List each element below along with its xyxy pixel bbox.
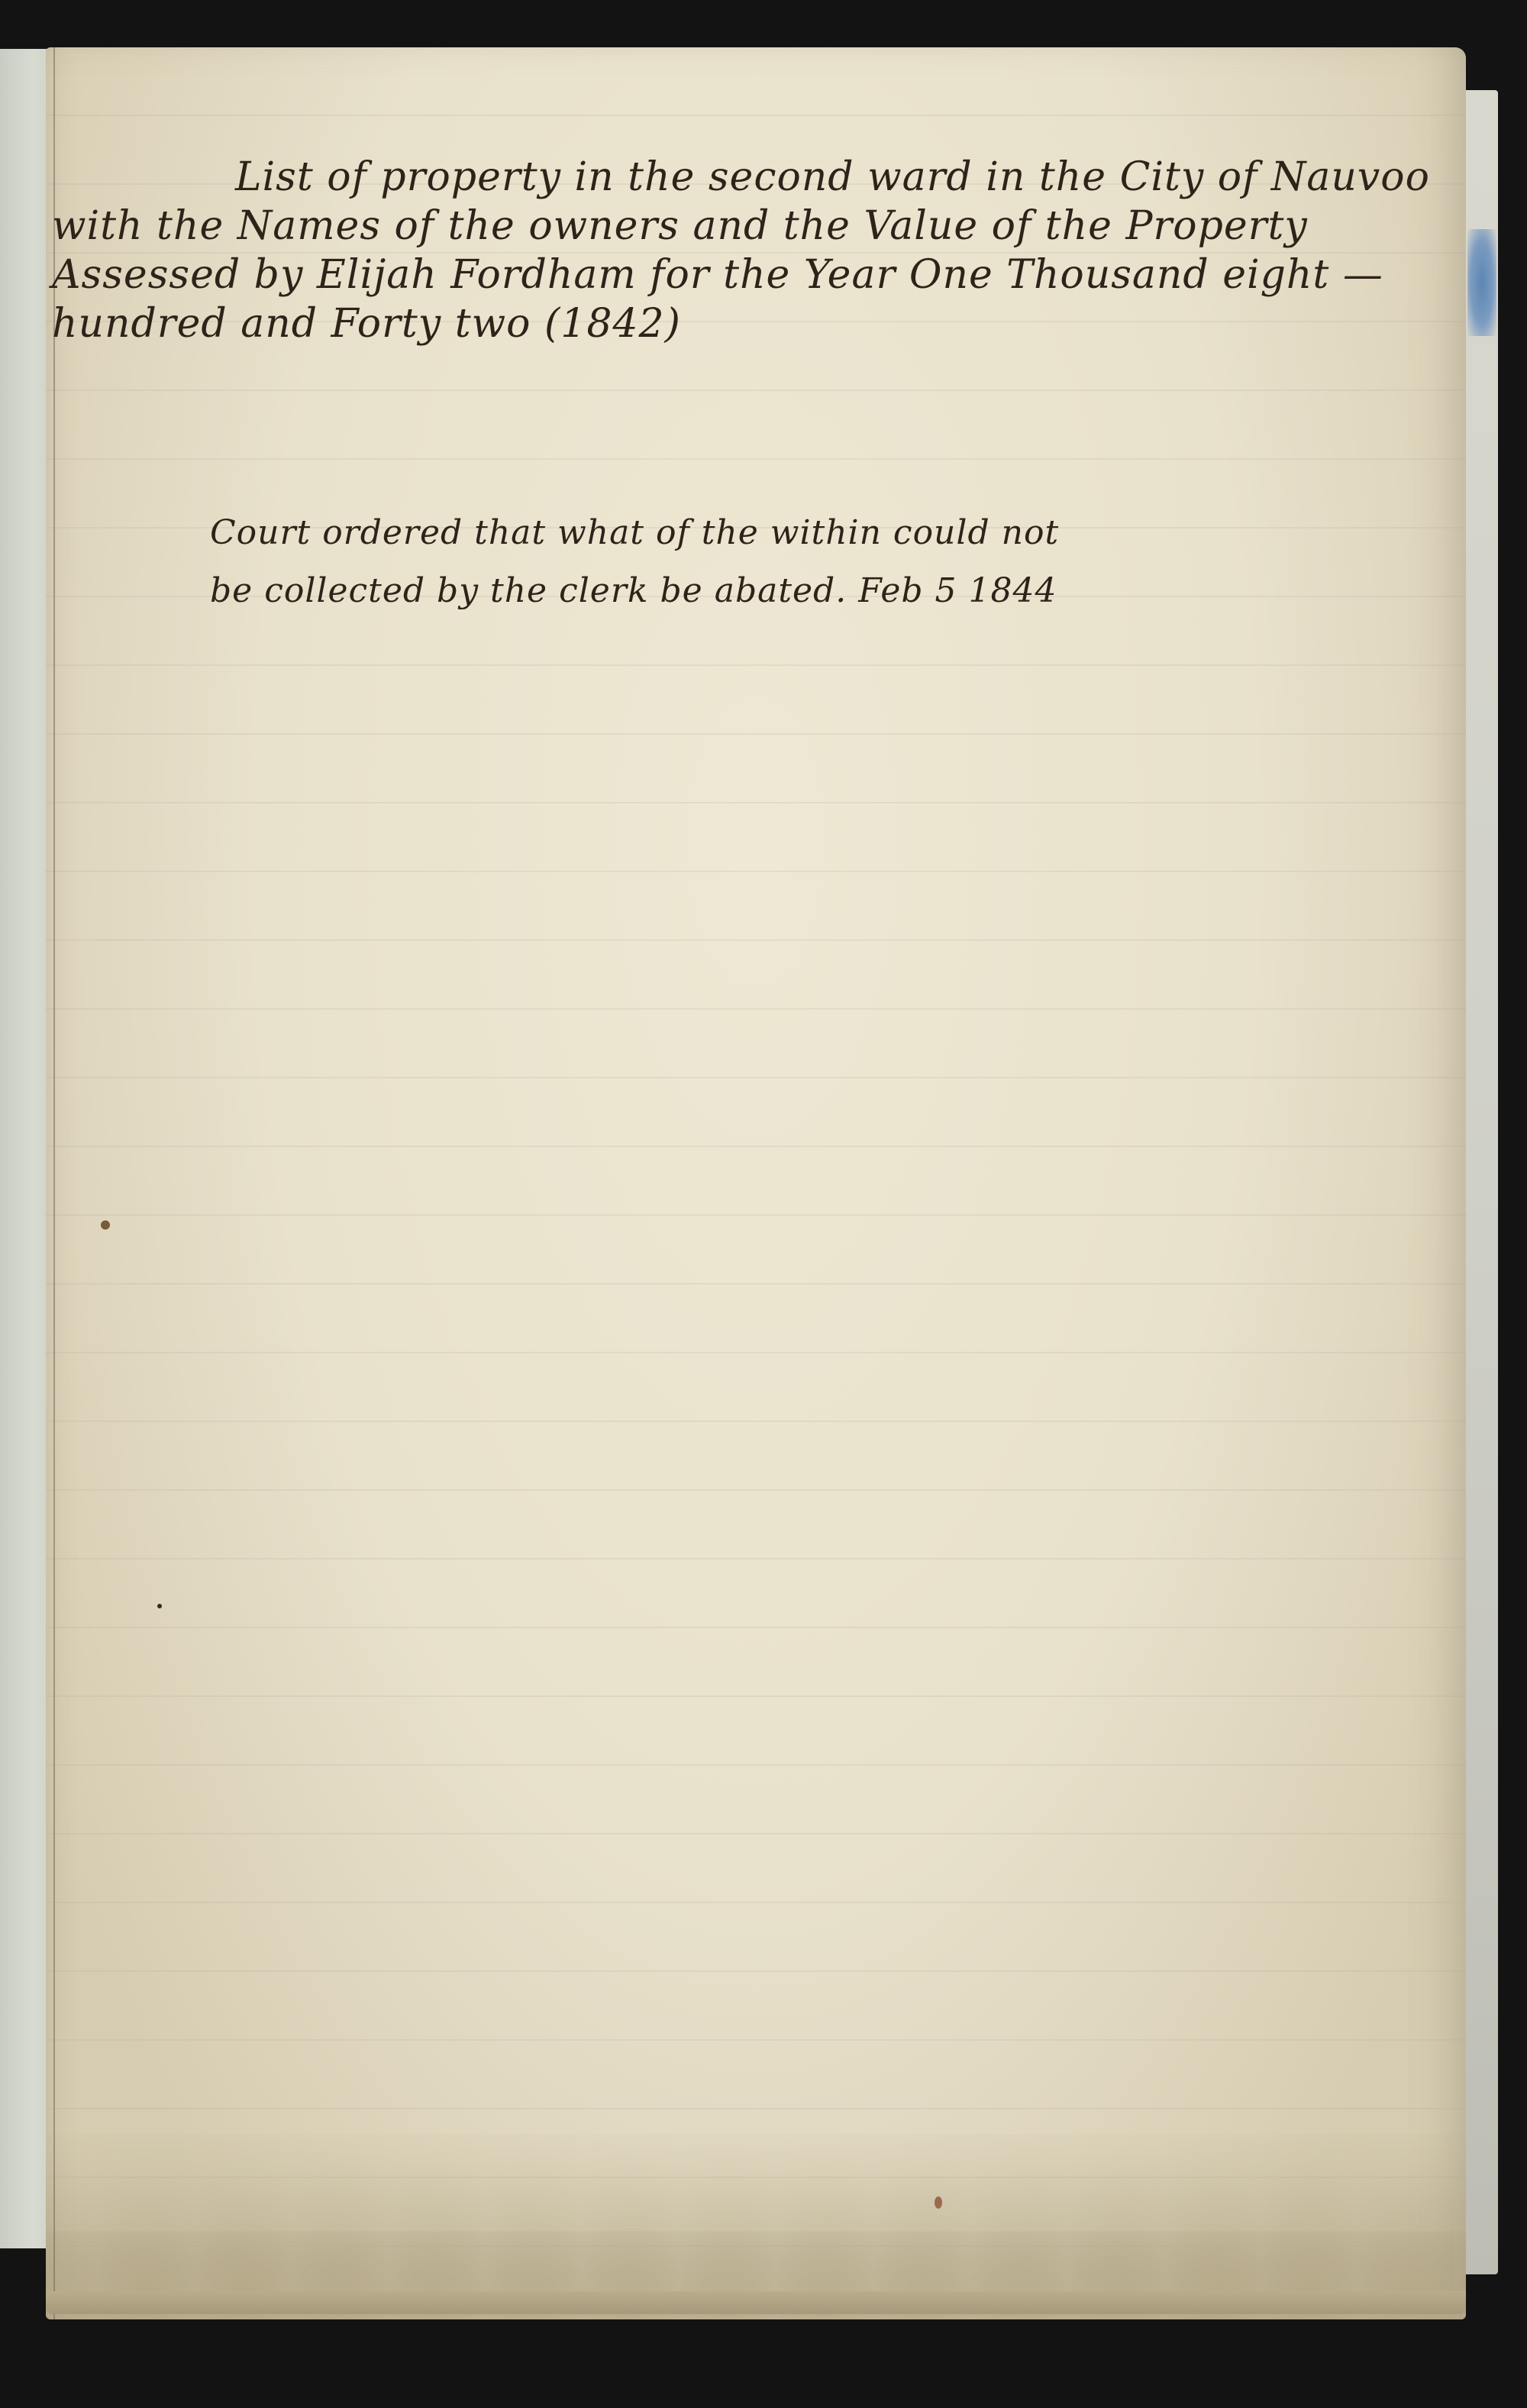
title-line-1: List of property in the second ward in t… [52,153,1449,202]
left-margin-fold [53,47,55,2319]
title-line-2: with the Names of the owners and the Val… [52,202,1449,250]
court-order-note: Court ordered that what of the within co… [210,504,1432,620]
worn-bottom-edge [46,2291,1466,2314]
title-line-3: Assessed by Elijah Fordham for the Year … [52,250,1449,299]
title-line-4: hundred and Forty two (1842) [52,299,1449,348]
faint-ruled-lines [46,47,1466,2319]
blue-ink-stain [1467,229,1496,336]
note-line-1: Court ordered that what of the within co… [210,504,1432,562]
foxing-spot [935,2196,942,2209]
manuscript-page [46,47,1466,2319]
document-title: List of property in the second ward in t… [52,153,1449,348]
ink-dot [157,1604,162,1608]
note-line-2: be collected by the clerk be abated. Feb… [210,562,1432,620]
foxing-spot [101,1220,110,1230]
